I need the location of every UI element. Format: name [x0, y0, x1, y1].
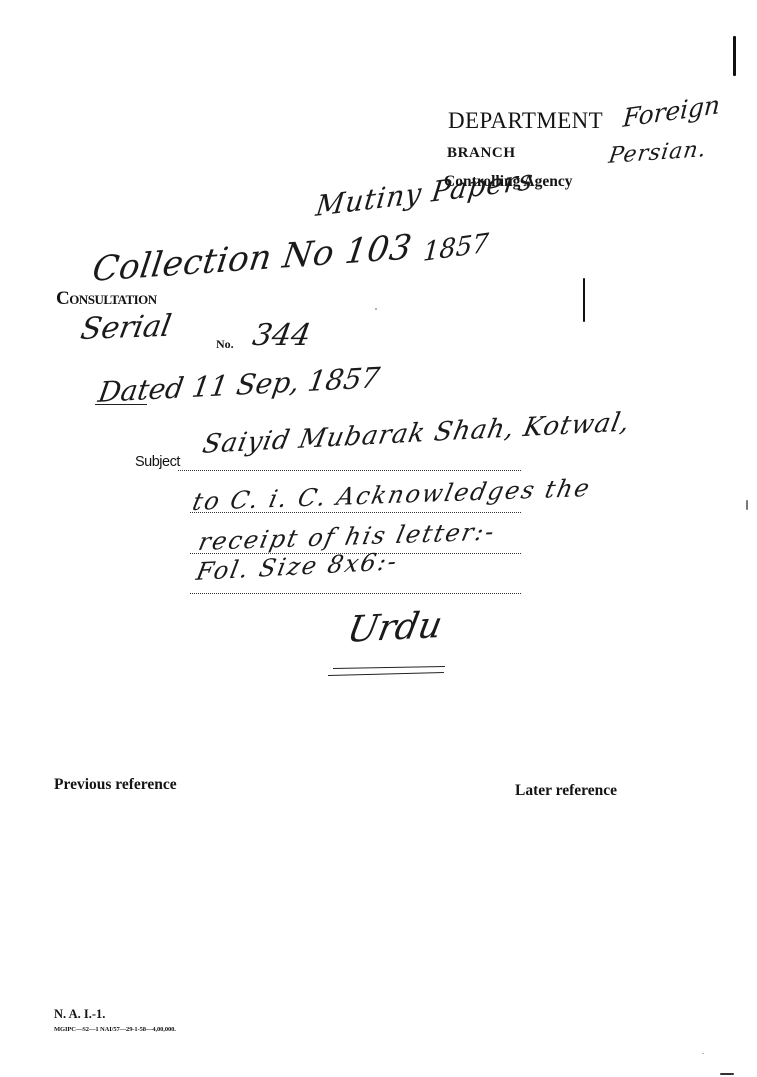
serial-number: 344	[250, 318, 313, 353]
print-imprint: MGIPC—S2—1 NAI/57—29-1-58—4,00,000.	[54, 1026, 176, 1033]
form-number: N. A. I.-1.	[54, 1007, 105, 1022]
document-page: DEPARTMENT Foreign BRANCH Persian. Contr…	[0, 0, 757, 1077]
margin-mark	[733, 36, 736, 76]
language-underline	[328, 672, 444, 676]
margin-mark	[583, 278, 585, 322]
language-underline	[333, 666, 445, 669]
department-label: DEPARTMENT	[448, 108, 603, 134]
serial-prefix: Serial	[78, 309, 174, 347]
controlling-agency-year: 1857	[422, 228, 490, 268]
no-label: No.	[216, 337, 234, 352]
branch-label: BRANCH	[447, 145, 516, 162]
consultation-label: Consultation	[56, 288, 157, 310]
margin-mark	[746, 500, 748, 510]
dated-value: Dated 11 Sep, 1857	[96, 361, 382, 409]
previous-reference-label: Previous reference	[54, 776, 177, 794]
subject-line: Saiyid Mubarak Shah, Kotwal,	[200, 407, 633, 460]
language-value: Urdu	[344, 605, 446, 651]
subject-label: Subject	[135, 454, 180, 470]
subject-line: to C. i. C. Acknowledges the	[190, 474, 594, 516]
subject-rule	[190, 593, 521, 594]
later-reference-label: Later reference	[515, 782, 617, 800]
scan-mark	[720, 1073, 734, 1075]
paper-speck	[375, 308, 377, 310]
branch-value: Persian.	[607, 137, 708, 169]
collection-number: Collection No 103	[90, 227, 414, 290]
controlling-agency-value: Mutiny Papers	[314, 163, 536, 223]
department-value: Foreign	[622, 90, 721, 133]
subject-rule	[178, 470, 521, 471]
dated-underline	[95, 404, 147, 405]
paper-speck	[702, 1053, 704, 1054]
